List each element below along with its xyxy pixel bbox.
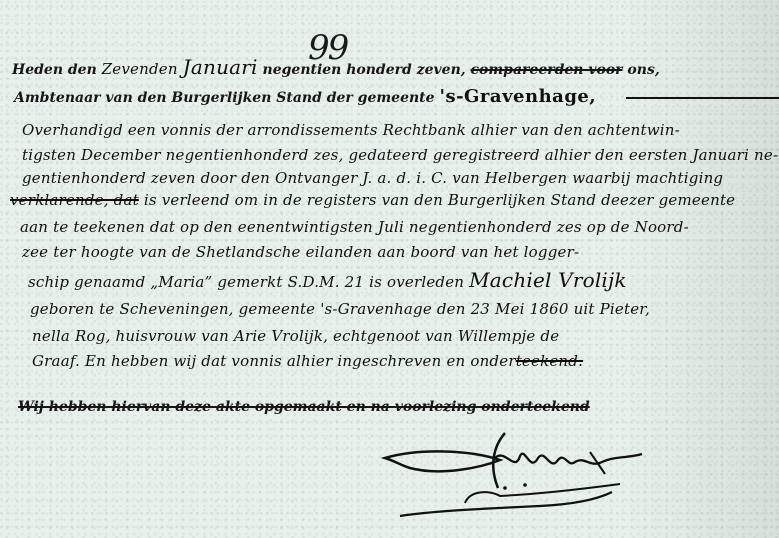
handwritten-text: tigsten December negentienhonderd zes, g…: [22, 146, 778, 164]
handwritten-text: nella Rog, huisvrouw van Arie Vrolijk, e…: [32, 327, 559, 345]
handwritten-text: Januari: [183, 55, 258, 79]
record-line: verklarende, dat is verleend om in de re…: [10, 191, 735, 209]
record-line: nella Rog, huisvrouw van Arie Vrolijk, e…: [32, 327, 559, 345]
handwritten-text: verklarende, dat: [10, 191, 139, 209]
record-line: Ambtenaar van den Burgerlijken Stand der…: [14, 88, 779, 107]
record-line: Wij hebben hiervan deze akte opgemaakt e…: [18, 397, 590, 416]
record-line: tigsten December negentienhonderd zes, g…: [22, 146, 778, 164]
handwritten-text: Machiel Vrolijk: [469, 268, 627, 292]
printed-text: 's-Gravenhage,: [439, 86, 596, 107]
handwritten-text: Zevenden: [102, 60, 183, 78]
blank-rule: [626, 97, 779, 99]
printed-text: Heden den: [12, 62, 102, 78]
handwritten-text: Overhandigd een vonnis der arrondissemen…: [22, 121, 680, 139]
printed-text: Ambtenaar van den Burgerlijken Stand der…: [14, 90, 439, 106]
record-line: Overhandigd een vonnis der arrondissemen…: [22, 121, 680, 139]
handwritten-text: aan te teekenen dat op den eenentwintigs…: [20, 218, 689, 236]
handwritten-text: zee ter hoogte van de Shetlandsche eilan…: [22, 243, 579, 261]
printed-text: ons,: [623, 62, 660, 78]
handwritten-text: is verleend om in de registers van den B…: [139, 191, 735, 209]
record-line: Graaf. En hebben wij dat vonnis alhier i…: [32, 352, 583, 370]
handwritten-text: Graaf. En hebben wij dat vonnis alhier i…: [32, 352, 516, 370]
printed-text: Wij hebben hiervan deze akte opgemaakt e…: [18, 399, 590, 415]
record-line: aan te teekenen dat op den eenentwintigs…: [20, 218, 689, 236]
record-line: gentienhonderd zeven door den Ontvanger …: [22, 169, 723, 187]
registrar-signature: [380, 428, 650, 523]
handwritten-text: gentienhonderd zeven door den Ontvanger …: [22, 169, 723, 187]
record-line: zee ter hoogte van de Shetlandsche eilan…: [22, 243, 579, 261]
printed-text: compareerden voor: [471, 62, 623, 78]
record-line: geboren te Scheveningen, gemeente 's-Gra…: [30, 300, 650, 318]
handwritten-text: schip genaamd „Maria” gemerkt S.D.M. 21 …: [28, 273, 469, 291]
handwritten-text: teekend.: [516, 352, 583, 370]
record-line: Heden den Zevenden Januari negentien hon…: [12, 58, 660, 79]
printed-text: negentien honderd zeven,: [258, 62, 471, 78]
handwritten-text: geboren te Scheveningen, gemeente 's-Gra…: [30, 300, 650, 318]
record-line: schip genaamd „Maria” gemerkt S.D.M. 21 …: [28, 271, 627, 291]
